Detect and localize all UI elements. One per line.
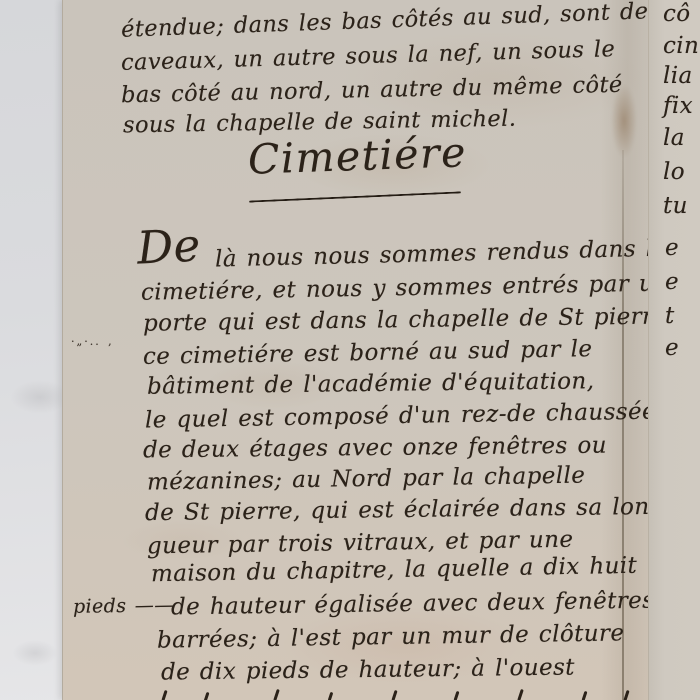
facing-page-fragment: e [665,336,679,361]
text-line: étendue; dans les bas côtés au sud, sont… [121,0,649,42]
stroke-top [454,691,460,700]
text-line: bâtiment de l'académie d'équitation, [147,369,595,400]
stroke-top [204,692,210,700]
text-line: là nous nous sommes rendus dans le [215,236,649,272]
heading-underline [249,191,461,202]
text-line: caveaux, un autre sous la nef, un sous l… [121,37,616,76]
facing-page-fragment: fix [663,94,693,119]
drop-cap: De [136,220,202,273]
facing-page-fragment: e [665,236,679,261]
background-smudge [10,380,70,414]
text-line: de deux étages avec onze fenêtres ou [143,434,607,464]
facing-page: cô cin lia fix la lo tu e e t e [648,0,700,700]
stroke-top [517,689,523,700]
facing-page-fragment: lo [663,160,685,185]
text-line: barrées; à l'est par un mur de clôture [157,621,625,654]
stroke-top [391,690,397,700]
facing-page-fragment: cin [663,34,699,59]
background-smudge [12,640,58,666]
stroke-top [161,690,167,700]
manuscript-page: étendue; dans les bas côtés au sud, sont… [62,0,649,700]
stroke-top [273,689,279,700]
facing-page-fragment: tu [663,194,688,219]
text-line: mézanines; au Nord par la chapelle [147,464,586,496]
margin-note-pieds: pieds —— [73,595,174,618]
text-line: cimetiére, et nous y sommes entrés par u… [141,271,649,306]
text-line: ce cimetiére est borné au sud par le [143,337,593,370]
manuscript-photo: étendue; dans les bas côtés au sud, sont… [0,0,700,700]
page-title: Cimetiére [247,130,467,183]
text-line: de hauteur égalisée avec deux fenêtres [171,589,649,621]
facing-page-fragment: la [663,126,685,151]
text-line: porte qui est dans la chapelle de St pie… [143,304,649,337]
margin-scribble: ·„·.. , [71,336,114,348]
facing-page-fragment: t [665,304,675,329]
text-line: maison du chapitre, la quelle a dix huit [151,554,638,588]
facing-page-fragment: lia [663,64,693,89]
text-line: de St pierre, qui est éclairée dans sa l… [145,495,649,527]
text-line: bas côté au nord, un autre du même côté [121,73,623,108]
stroke-top [328,692,333,700]
text-line: le quel est composé d'un rez-de chaussée [145,400,649,434]
stroke-top [582,691,588,700]
facing-page-fragment: cô [663,2,691,27]
text-line: de dix pieds de hauteur; à l'ouest [161,655,575,685]
facing-page-fragment: e [665,270,679,295]
